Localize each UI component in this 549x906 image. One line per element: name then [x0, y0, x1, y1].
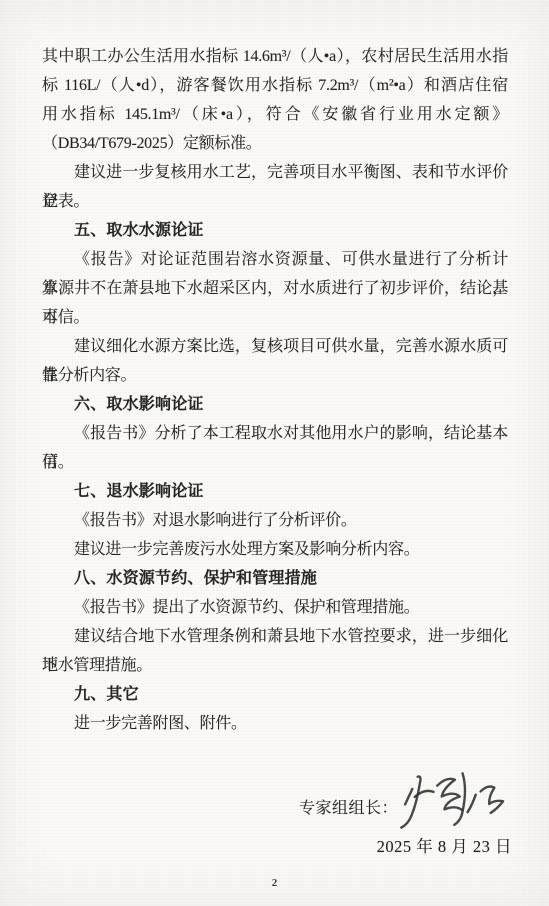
doc-line: 记表。 — [42, 187, 508, 216]
body-text: 其中职工办公生活用水指标 14.6m³/（人•a），农村居民生活用水指 标 11… — [42, 42, 508, 738]
handwritten-signature — [389, 763, 512, 839]
section-heading: 八、水资源节约、保护和管理措施 — [42, 564, 508, 593]
doc-line: （DB34/T679-2025）定额标准。 — [42, 129, 508, 158]
doc-line: 标 116L/（人•d），游客餐饮用水指标 7.2m³/（m²•a）和酒店住宿 — [42, 71, 508, 100]
signature-label: 专家组组长： — [299, 800, 398, 818]
document-page: 其中职工办公生活用水指标 14.6m³/（人•a），农村居民生活用水指 标 11… — [0, 0, 549, 906]
doc-line: 用水指标 145.1m³/（床•a），符合《安徽省行业用水定额》 — [42, 100, 508, 129]
doc-line: 信。 — [42, 448, 508, 477]
doc-line: 性分析内容。 — [42, 361, 508, 390]
doc-line: 建议细化水源方案比选，复核项目可供水量，完善水源水质可靠 — [42, 332, 508, 361]
doc-line: 进一步完善附图、附件。 — [42, 709, 508, 738]
doc-line: 水源井不在萧县地下水超采区内，对水质进行了初步评价，结论基本 — [42, 274, 508, 303]
page-number: 2 — [0, 877, 549, 889]
doc-line: 建议结合地下水管理条例和萧县地下水管控要求，进一步细化地 — [42, 622, 508, 651]
section-heading: 七、退水影响论证 — [42, 477, 508, 506]
section-heading: 九、其它 — [42, 680, 508, 709]
section-heading: 五、取水水源论证 — [42, 216, 508, 245]
doc-line: 建议进一步复核用水工艺，完善项目水平衡图、表和节水评价登 — [42, 158, 508, 187]
document-date: 2025 年 8 月 23 日 — [377, 837, 512, 857]
doc-line: 其中职工办公生活用水指标 14.6m³/（人•a），农村居民生活用水指 — [42, 42, 508, 71]
doc-line: 《报告书》对退水影响进行了分析评价。 — [42, 506, 508, 535]
doc-line: 建议进一步完善废污水处理方案及影响分析内容。 — [42, 535, 508, 564]
doc-line: 《报告》对论证范围岩溶水资源量、可供水量进行了分析计算， — [42, 245, 508, 274]
doc-line: 《报告书》分析了本工程取水对其他用水户的影响，结论基本可 — [42, 419, 508, 448]
doc-line: 下水管理措施。 — [42, 651, 508, 680]
doc-line: 可信。 — [42, 303, 508, 332]
doc-line: 《报告书》提出了水资源节约、保护和管理措施。 — [42, 593, 508, 622]
section-heading: 六、取水影响论证 — [42, 390, 508, 419]
